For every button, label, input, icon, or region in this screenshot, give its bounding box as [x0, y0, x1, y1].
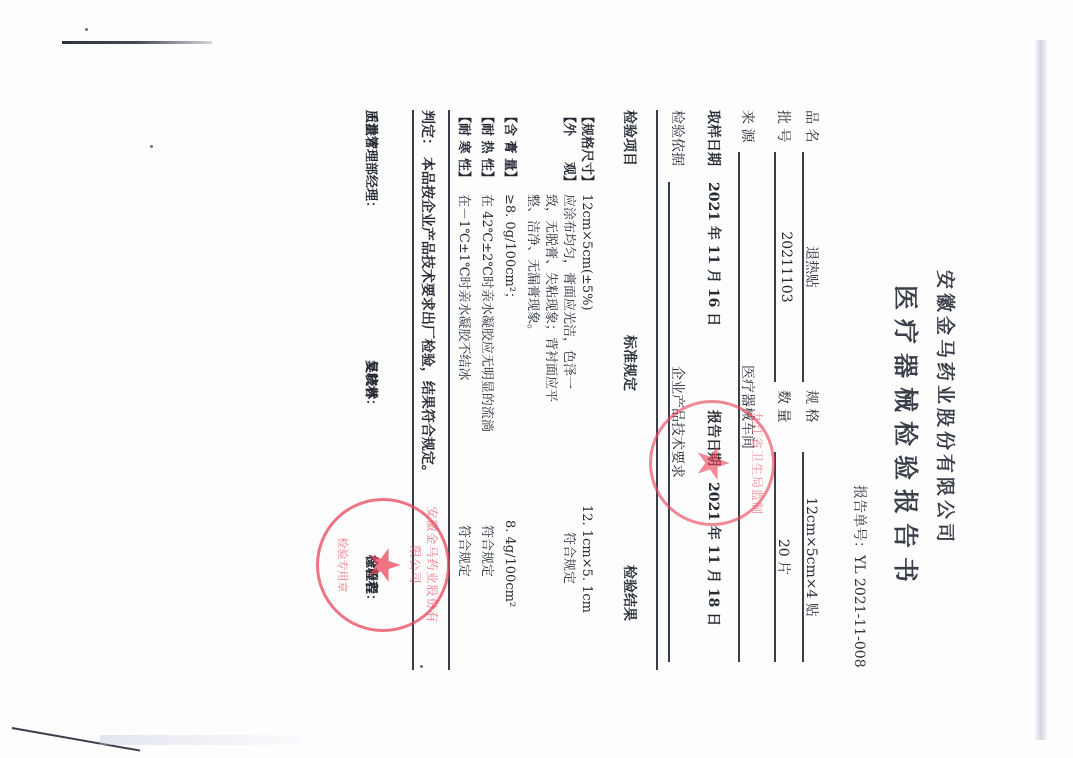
sampling-date-label: 取样日期	[704, 110, 724, 182]
table-cell-standard: 在 42℃±2℃时亲水凝胶应无明显的流淌	[477, 194, 495, 432]
scan-edge-shadow	[100, 735, 300, 745]
table-cell-standard: ≥8. 0g/100cm²；	[500, 194, 518, 305]
scan-speck	[420, 665, 423, 668]
table-cell-item: 【耐 热 性】	[477, 110, 495, 194]
quantity-label: 数 量	[774, 382, 794, 452]
spec-label: 规 格	[802, 382, 822, 452]
table-cell-item: 【耐 寒 性】	[454, 110, 472, 194]
inspector-name: 徐程程	[363, 555, 382, 594]
table-cell-standard: 在－1℃±1℃时亲水凝胶不结冰	[454, 194, 472, 381]
field-row-batch: 批 号20211103数 量20 片	[774, 110, 794, 662]
qa-manager-name: 王洪才	[363, 110, 382, 149]
table-cell-result: 8. 4g/100cm²	[500, 520, 518, 607]
table-cell-standard: 应涂布均匀，膏面应光洁，色泽一致，无脱膏、失粘现象；背衬面应平整、洁净、无漏膏现…	[523, 194, 577, 412]
table-row: 【耐 寒 性】 在－1℃±1℃时亲水凝胶不结冰 符合规定	[454, 110, 472, 670]
table-cell-result: 符合规定	[454, 525, 472, 577]
table-row: 【规格尺寸】 12cm×5cm(±5%) 12. 1cm×5. 1cm	[577, 110, 595, 670]
table-cell-item: 【外 观】	[559, 110, 577, 194]
sampling-date-value: 2021 年 11 月 16 日	[704, 182, 724, 410]
report-number-label: 报告单号：	[851, 485, 867, 555]
scan-edge-line	[62, 41, 212, 44]
seal-sub-text: 检验专用章	[335, 501, 351, 629]
product-name-label: 品 名	[802, 110, 822, 152]
report-date-value: 2021 年 11 月 18 日	[704, 482, 724, 626]
table-cell-result: 符合规定	[559, 532, 577, 584]
field-row-dates: 取样日期2021 年 11 月 16 日报告日期2021 年 11 月 18 日	[704, 110, 724, 626]
table-top-rule	[656, 110, 658, 670]
field-row-source: 来 源医疗器械车间	[738, 110, 758, 662]
basis-label: 检验依据	[668, 110, 688, 182]
column-header-result: 检验结果	[620, 565, 640, 621]
scan-speck	[150, 145, 153, 148]
field-row-product: 品 名退热贴规 格12cm×5cm×4 贴	[802, 110, 822, 662]
table-cell-item: 【含 膏 量】	[500, 110, 518, 194]
field-row-basis: 检验依据企业产品技术要求	[668, 110, 688, 662]
verdict-rule	[412, 110, 414, 670]
company-name: 安徽金马药业股份有限公司	[933, 270, 960, 546]
column-header-item: 检验项目	[620, 110, 640, 166]
company-seal-stamp: 安徽金马药业股份有限公司 ★ 检验专用章	[316, 498, 450, 632]
scan-speck	[85, 28, 88, 31]
report-date-label: 报告日期	[704, 410, 724, 482]
basis-value: 企业产品技术要求	[668, 182, 688, 662]
source-label: 来 源	[738, 110, 758, 152]
scanner-shadow	[1035, 40, 1047, 740]
table-row: 【含 膏 量】 ≥8. 0g/100cm²； 8. 4g/100cm²	[500, 110, 518, 670]
reviewer-name: 吴晓林	[363, 360, 382, 399]
source-value: 医疗器械车间	[738, 152, 758, 662]
table-row: 【耐 热 性】 在 42℃±2℃时亲水凝胶应无明显的流淌 符合规定	[477, 110, 495, 670]
document-title: 医疗器械检验报告书	[889, 285, 925, 591]
table-cell-standard: 12cm×5cm(±5%)	[577, 194, 595, 311]
table-cell-result: 符合规定	[477, 525, 495, 577]
column-header-standard: 标准规定	[620, 335, 640, 391]
table-bottom-rule	[448, 110, 450, 670]
table-row: 【外 观】 应涂布均匀，膏面应光洁，色泽一致，无脱膏、失粘现象；背衬面应平整、洁…	[559, 110, 577, 670]
table-cell-result: 12. 1cm×5. 1cm	[577, 505, 595, 613]
report-page: 安徽金马药业股份有限公司 医疗器械检验报告书 报告单号：YL 2021-11-0…	[170, 110, 970, 710]
batch-label: 批 号	[774, 110, 794, 152]
verdict-text: 判定： 本品按企业产品技术要求出厂检验，结果符合规定。	[418, 110, 438, 479]
report-number-value: YL 2021-11-008	[851, 555, 867, 668]
table-cell-item: 【规格尺寸】	[577, 110, 595, 194]
batch-value: 20211103	[774, 152, 794, 382]
spec-value: 12cm×5cm×4 贴	[802, 452, 822, 662]
quantity-value: 20 片	[774, 452, 794, 662]
product-name-value: 退热贴	[802, 152, 822, 382]
scanned-document: 安徽金马药业股份有限公司 医疗器械检验报告书 报告单号：YL 2021-11-0…	[0, 0, 1073, 758]
report-number: 报告单号：YL 2021-11-008	[850, 485, 870, 668]
